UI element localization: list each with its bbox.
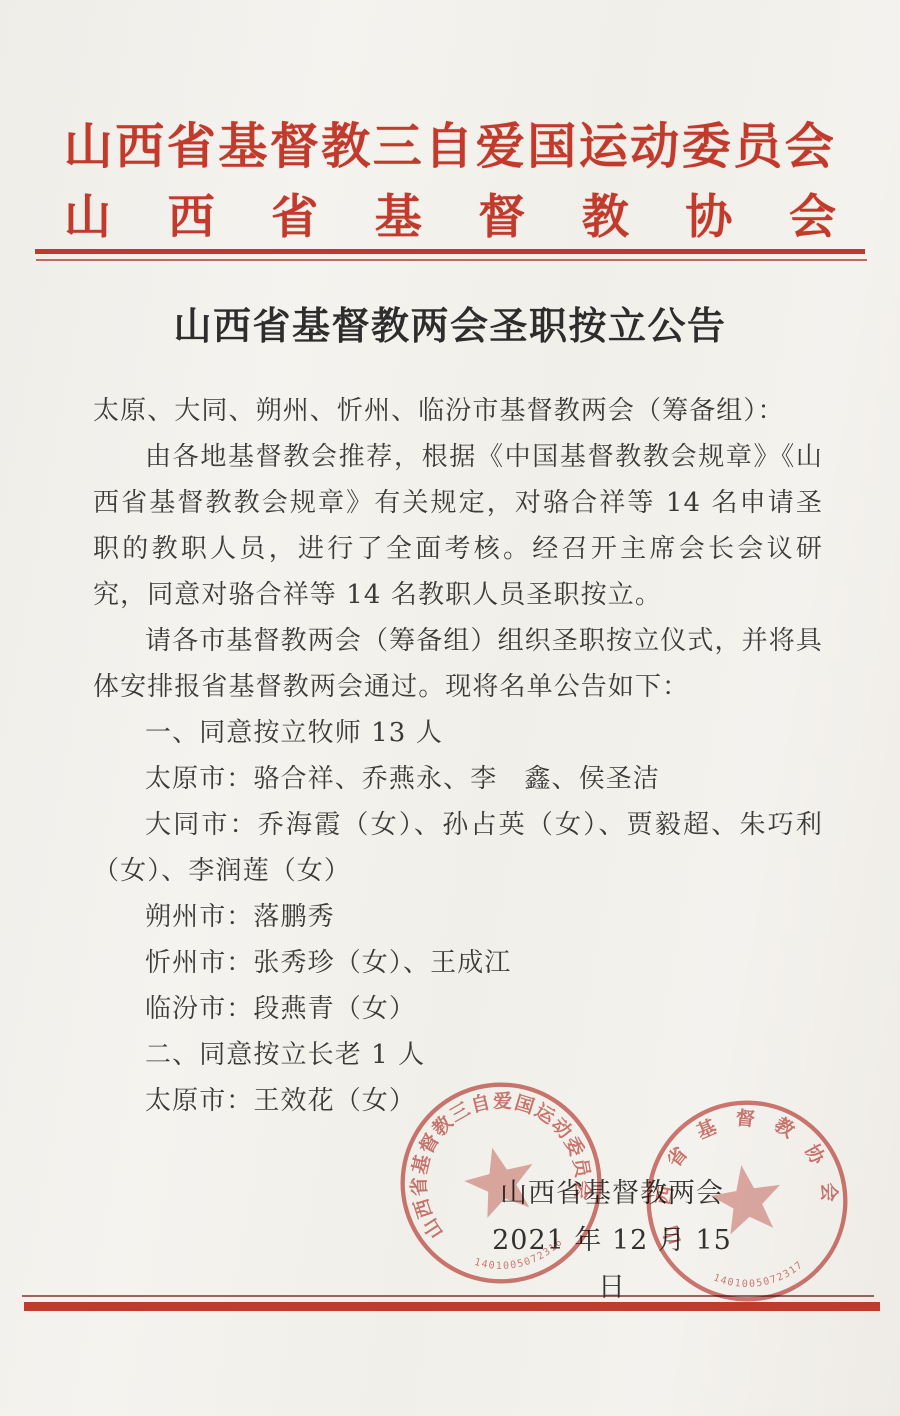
document-page: 山西省基督教三自爱国运动委员会 山西省基督教协会 山西省基督教两会圣职按立公告 … — [0, 0, 900, 1416]
list-item-section-pastors: 一、同意按立牧师 13 人 — [93, 710, 823, 756]
list-item-section-elders: 二、同意按立长老 1 人 — [93, 1032, 823, 1078]
document-title: 山西省基督教两会圣职按立公告 — [0, 301, 900, 351]
document-body: 太原、大同、朔州、忻州、临汾市基督教两会（筹备组）： 由各地基督教会推荐，根据《… — [93, 388, 823, 1124]
paragraph: 请各市基督教两会（筹备组）组织圣职按立仪式，并将具体安排报省基督教两会通过。现将… — [93, 618, 823, 710]
star-icon — [707, 1160, 787, 1237]
letterhead-line2: 山西省基督教协会 — [64, 190, 836, 246]
list-item-linfen-pastors: 临汾市：段燕青（女） — [93, 986, 823, 1032]
svg-text:1401005072317: 1401005072317 — [710, 1258, 808, 1296]
paragraph: 由各地基督教会推荐，根据《中国基督教教会规章》《山西省基督教教会规章》有关规定，… — [93, 434, 823, 618]
letterhead-line1: 山西省基督教三自爱国运动委员会 — [40, 116, 860, 176]
list-item-shuozhou-pastors: 朔州市：落鹏秀 — [93, 894, 823, 940]
svg-text:1401005072316: 1401005072316 — [471, 1235, 569, 1281]
salutation: 太原、大同、朔州、忻州、临汾市基督教两会（筹备组）： — [93, 388, 823, 434]
seal-serial-number: 1401005072317 — [710, 1258, 808, 1296]
letterhead-rule-thick — [35, 249, 865, 254]
list-item-taiyuan-pastors: 太原市：骆合祥、乔燕永、李 鑫、侯圣洁 — [93, 756, 823, 802]
list-item-xinzhou-pastors: 忻州市：张秀珍（女）、王成江 — [93, 940, 823, 986]
letterhead-rule-thin — [36, 259, 867, 261]
seal-serial-number: 1401005072316 — [471, 1235, 569, 1281]
star-icon — [458, 1139, 542, 1221]
seal-christian-association: 山西省基督教协会 1401005072317 — [627, 1081, 867, 1321]
list-item-datong-pastors: 大同市：乔海霞（女）、孙占英（女）、贾毅超、朱巧利（女）、李润莲（女） — [93, 802, 823, 894]
